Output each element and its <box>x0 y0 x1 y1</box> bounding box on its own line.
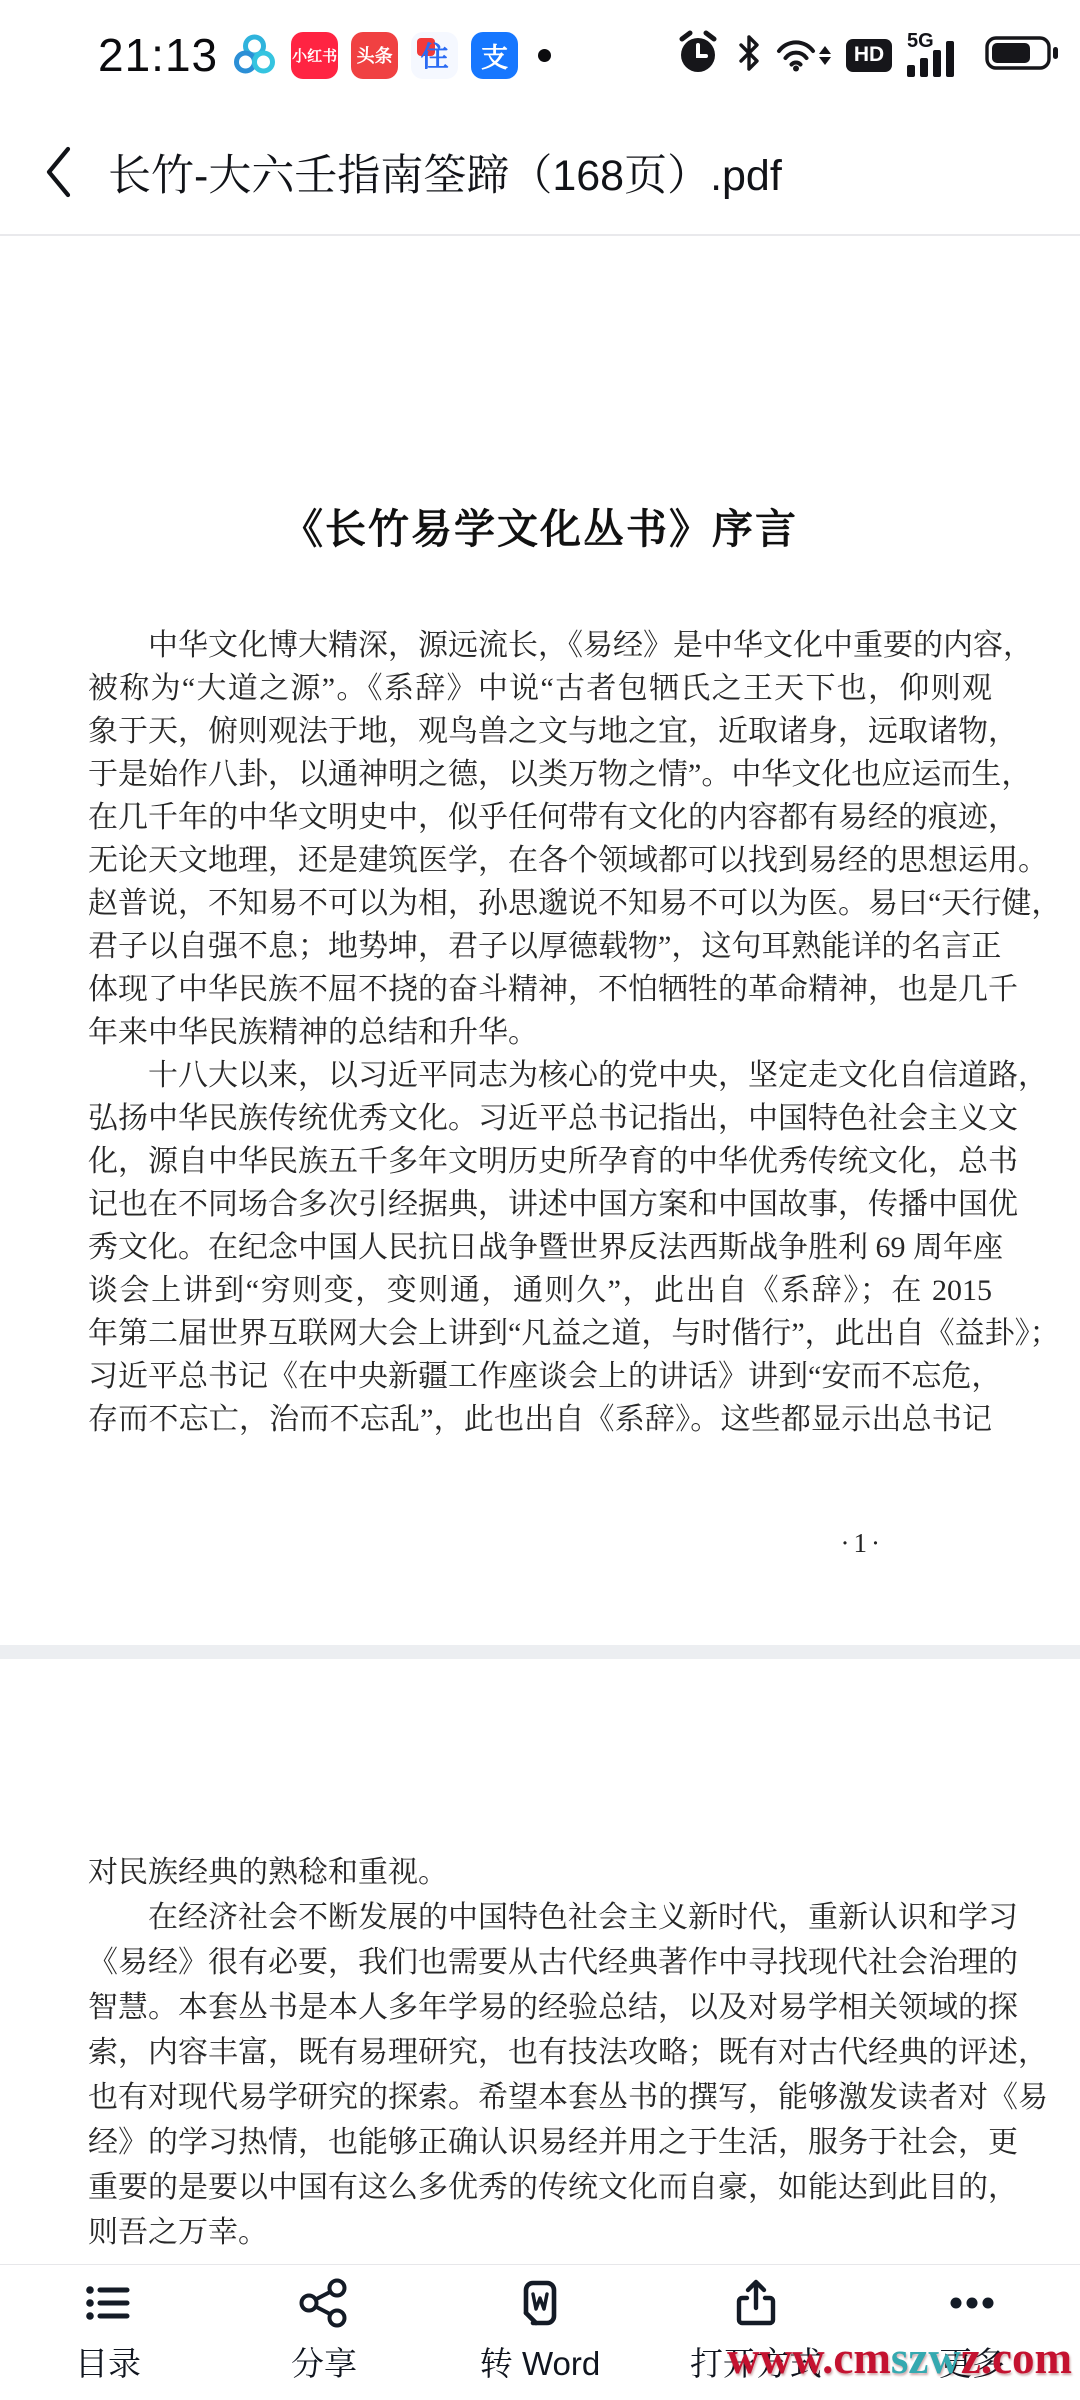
page-separator <box>0 1645 1080 1659</box>
text-line: 赵普说，不知易不可以为相，孙思邈说不知易不可以为医。易曰“天行健， <box>88 882 992 925</box>
toolbar-convert-word-button[interactable]: 转 Word <box>432 2265 648 2400</box>
watermark-part1: www.cm <box>727 2333 891 2383</box>
phone-screen: 21:13 小红书 头条 住 支 <box>0 0 1080 2400</box>
toolbar-share-button[interactable]: 分享 <box>216 2265 432 2400</box>
text-line: 记也在不同场合多次引经据典，讲述中国方案和中国故事，传播中国优 <box>88 1183 992 1226</box>
page1-text-block: 中华文化博大精深，源远流长，《易经》是中华文化中重要的内容， 被称为“大道之源”… <box>88 624 992 1441</box>
list-icon <box>82 2277 134 2329</box>
text-line: 中华文化博大精深，源远流长，《易经》是中华文化中重要的内容， <box>88 624 992 667</box>
watermark-part3: z.com <box>961 2333 1072 2383</box>
notification-dot-icon <box>538 49 551 62</box>
page2-text-block: 对民族经典的熟稔和重视。 在经济社会不断发展的中国特色社会主义新时代，重新认识和… <box>88 1850 992 2255</box>
back-button[interactable] <box>42 142 86 202</box>
trefoil-icon <box>231 32 278 79</box>
text-line: 在经济社会不断发展的中国特色社会主义新时代，重新认识和学习 <box>88 1895 992 1940</box>
nav-bar: 长竹-大六壬指南筌蹄（168页）.pdf <box>0 110 1080 236</box>
text-line: 象于天，俯则观法于地，观鸟兽之文与地之宜，近取诸身，远取诸物， <box>88 710 992 753</box>
text-line: 于是始作八卦，以通神明之德，以类万物之情”。中华文化也应运而生， <box>88 753 992 796</box>
text-line: 则吾之万幸。 <box>88 2210 992 2255</box>
ellipsis-icon <box>946 2277 998 2329</box>
text-line: 经》的学习热情，也能够正确认识易经并用之于生活，服务于社会，更 <box>88 2120 992 2165</box>
open-with-icon <box>730 2277 782 2329</box>
text-line: 也有对现代易学研究的探索。希望本套丛书的撰写，能够激发读者对《易 <box>88 2075 992 2120</box>
share-nodes-icon <box>298 2277 350 2329</box>
pdf-page-2: 对民族经典的熟稔和重视。 在经济社会不断发展的中国特色社会主义新时代，重新认识和… <box>0 1659 1080 2264</box>
text-line: 秀文化。在纪念中国人民抗日战争暨世界反法西斯战争胜利 69 周年座 <box>88 1226 992 1269</box>
text-line: 体现了中华民族不屈不挠的奋斗精神，不怕牺牲的革命精神，也是几千 <box>88 968 992 1011</box>
trefoil-app-icon <box>231 32 278 79</box>
toolbar-label: 转 Word <box>480 2338 600 2385</box>
text-line: 索，内容丰富，既有易理研究，也有技法攻略；既有对古代经典的评述， <box>88 2030 992 2075</box>
word-document-icon <box>514 2277 566 2329</box>
page-number: ·1· <box>841 1528 884 1559</box>
pdf-viewport[interactable]: 《长竹易学文化丛书》序言 中华文化博大精深，源远流长，《易经》是中华文化中重要的… <box>0 238 1080 2264</box>
text-line: 化，源自中华民族五千多年文明历史所孕育的中华优秀传统文化，总书 <box>88 1140 992 1183</box>
zhu-glyph: 住 <box>421 35 449 75</box>
text-line: 《易经》很有必要，我们也需要从古代经典著作中寻找现代社会治理的 <box>88 1940 992 1985</box>
text-line: 无论天文地理，还是建筑医学，在各个领域都可以找到易经的思想运用。 <box>88 839 992 882</box>
status-bar-left: 21:13 小红书 头条 住 支 <box>0 28 551 82</box>
bluetooth-icon <box>737 34 761 77</box>
cellular-signal-icon: 5G <box>907 33 969 77</box>
wifi-traffic-arrows-icon <box>819 46 831 65</box>
text-line: 重要的是要以中国有这么多优秀的传统文化而自豪，如能达到此目的， <box>88 2165 992 2210</box>
text-line: 存而不忘亡，治而不忘乱”，此也出自《系辞》。这些都显示出总书记 <box>88 1398 992 1441</box>
chevron-left-icon <box>42 144 74 200</box>
battery-icon <box>984 34 1060 77</box>
text-line: 在几千年的中华文明史中，似乎任何带有文化的内容都有易经的痕迹， <box>88 796 992 839</box>
preface-title: 《长竹易学文化丛书》序言 <box>0 496 1080 555</box>
text-line: 被称为“大道之源”。《系辞》中说“古者包牺氏之王天下也，仰则观 <box>88 667 992 710</box>
hd-badge: HD <box>846 39 892 72</box>
text-line: 智慧。本套丛书是本人多年学易的经验总结，以及对易学相关领域的探 <box>88 1985 992 2030</box>
text-line: 弘扬中华民族传统优秀文化。习近平总书记指出，中国特色社会主义文 <box>88 1097 992 1140</box>
watermark: www.cmszwz.com <box>727 2332 1072 2384</box>
status-bar-right: HD 5G <box>674 29 1080 82</box>
text-line: 习近平总书记《在中央新疆工作座谈会上的讲话》讲到“安而不忘危， <box>88 1355 992 1398</box>
text-line: 对民族经典的熟稔和重视。 <box>88 1850 992 1895</box>
toolbar-catalog-button[interactable]: 目录 <box>0 2265 216 2400</box>
alarm-icon <box>674 29 722 82</box>
text-line: 年来中华民族精神的总结和升华。 <box>88 1011 992 1054</box>
alipay-app-icon: 支 <box>471 32 518 79</box>
xiaohongshu-app-icon: 小红书 <box>291 32 338 79</box>
zhuxiaobang-app-icon: 住 <box>411 32 458 79</box>
watermark-part2: szw <box>891 2333 961 2383</box>
toolbar-label: 目录 <box>75 2338 141 2385</box>
pdf-page-1: 《长竹易学文化丛书》序言 中华文化博大精深，源远流长，《易经》是中华文化中重要的… <box>0 238 1080 1645</box>
status-bar: 21:13 小红书 头条 住 支 <box>0 0 1080 110</box>
text-line: 君子以自强不息；地势坤，君子以厚德载物”，这句耳熟能详的名言正 <box>88 925 992 968</box>
document-title: 长竹-大六壬指南筌蹄（168页）.pdf <box>108 142 782 203</box>
status-time: 21:13 <box>98 28 218 82</box>
text-line: 十八大以来，以习近平同志为核心的党中央，坚定走文化自信道路， <box>88 1054 992 1097</box>
toutiao-app-icon: 头条 <box>351 32 398 79</box>
text-line: 年第二届世界互联网大会上讲到“凡益之道，与时偕行”，此出自《益卦》； <box>88 1312 992 1355</box>
toolbar-label: 分享 <box>291 2338 357 2385</box>
text-line: 谈会上讲到“穷则变，变则通，通则久”，此出自《系辞》；在 2015 <box>88 1269 992 1312</box>
wifi-icon <box>776 38 831 72</box>
